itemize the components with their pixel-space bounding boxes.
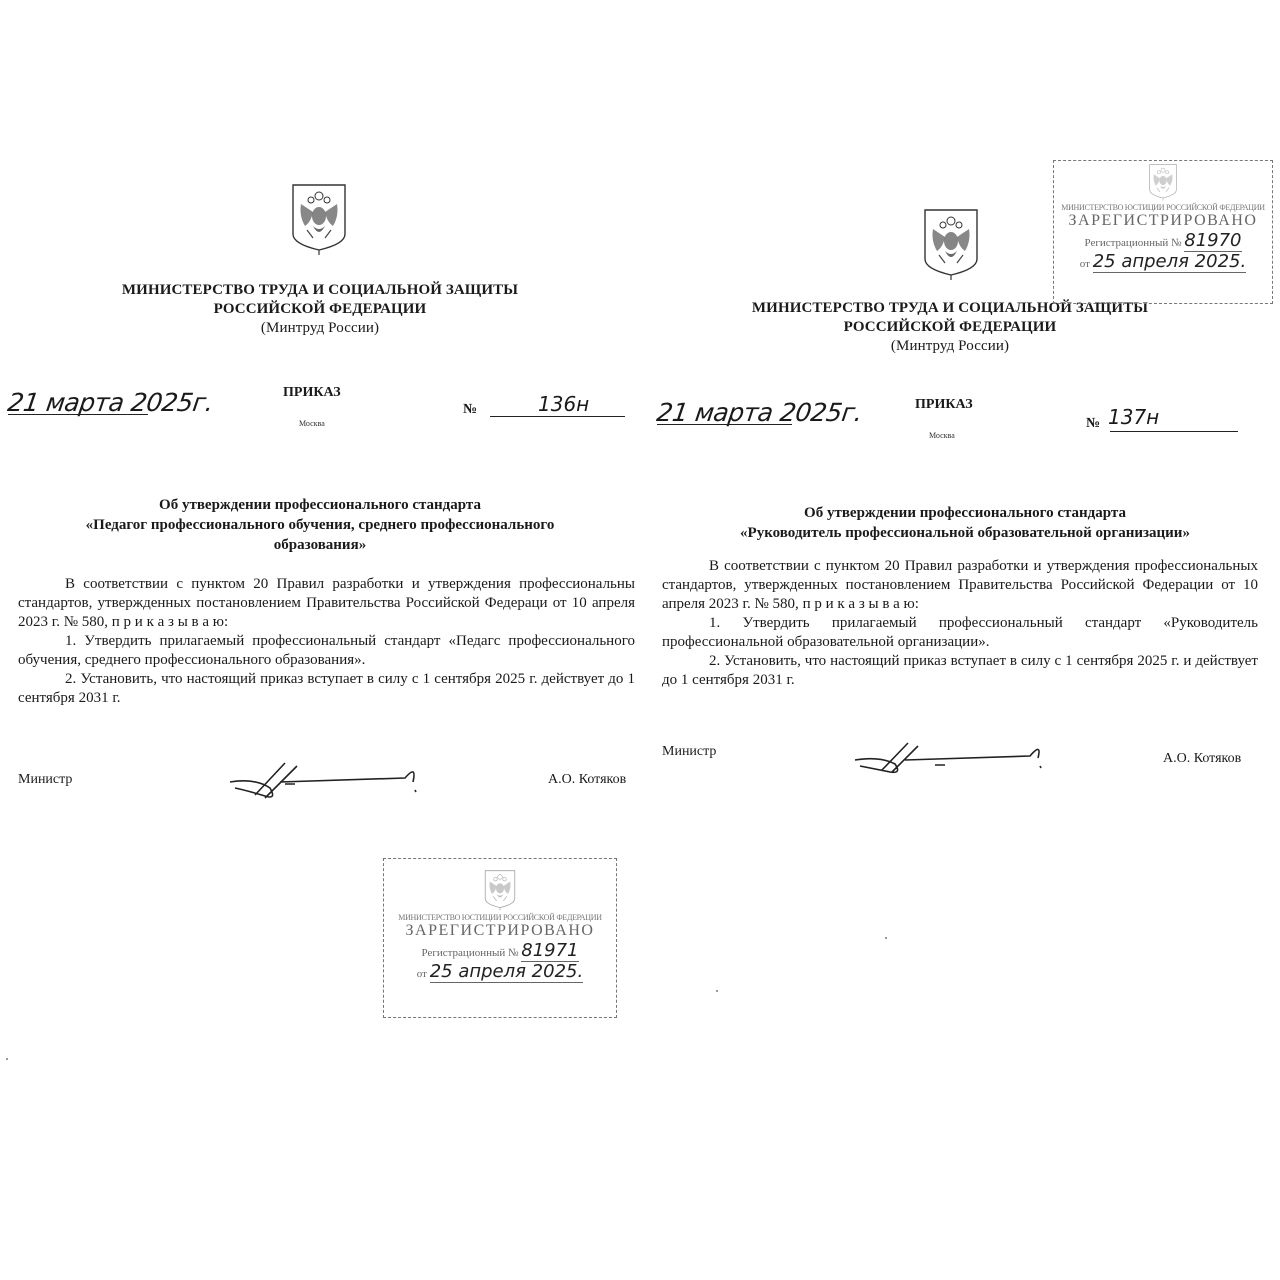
signer-title: Министр <box>18 772 72 788</box>
signature-icon <box>225 760 435 805</box>
order-body: В соответствии с пунктом 20 Правил разра… <box>662 557 1258 690</box>
order-action-word: п р и к а з ы в а ю: <box>112 614 228 630</box>
stamp-status: ЗАРЕГИСТРИРОВАНО <box>1054 212 1272 230</box>
intro-text: В соответствии с пунктом 20 Правил разра… <box>662 558 1258 612</box>
stamp-date-value: 25 апреля 2025. <box>430 961 584 983</box>
order-title: Об утверждении профессионального стандар… <box>670 503 1260 543</box>
order-title-line1: Об утверждении профессионального стандар… <box>30 495 610 515</box>
stamp-emblem-icon <box>1146 163 1180 201</box>
order-body: В соответствии с пунктом 20 Правил разра… <box>18 575 635 708</box>
russian-coat-of-arms-icon <box>921 207 981 281</box>
document-type: ПРИКАЗ <box>915 397 973 413</box>
order-title: Об утверждении профессионального стандар… <box>30 495 610 555</box>
document-city: Москва <box>299 419 325 428</box>
ministry-header: МИНИСТЕРСТВО ТРУДА И СОЦИАЛЬНОЙ ЗАЩИТЫ Р… <box>60 281 580 338</box>
stamp-date-row: от 25 апреля 2025. <box>1054 251 1272 272</box>
handwritten-order-number: 136н <box>538 392 589 416</box>
stamp-organization: МИНИСТЕРСТВО ЮСТИЦИИ РОССИЙСКОЙ ФЕДЕРАЦИ… <box>1054 203 1272 212</box>
order-item-2: 2. Установить, что настоящий приказ всту… <box>18 670 635 708</box>
stamp-status: ЗАРЕГИСТРИРОВАНО <box>384 922 616 940</box>
stamp-reg-row: Регистрационный № 81971 <box>384 940 616 961</box>
signer-name: А.О. Котяков <box>548 772 626 788</box>
signer-title: Министр <box>662 744 716 760</box>
number-label: № <box>1086 416 1100 432</box>
handwritten-date: 21 марта 2025г. <box>6 388 215 417</box>
ministry-header: МИНИСТЕРСТВО ТРУДА И СОЦИАЛЬНОЙ ЗАЩИТЫ Р… <box>700 299 1200 356</box>
date-underline <box>657 424 792 425</box>
scan-speck <box>716 990 718 992</box>
order-title-line2: «Педагог профессионального обучения, сре… <box>30 515 610 535</box>
date-underline <box>8 414 148 415</box>
intro-paragraph: В соответствии с пунктом 20 Правил разра… <box>662 557 1258 614</box>
ministry-name-line2: РОССИЙСКОЙ ФЕДЕРАЦИИ <box>60 300 580 319</box>
stamp-reg-row: Регистрационный № 81970 <box>1054 230 1272 251</box>
ministry-name-line2: РОССИЙСКОЙ ФЕДЕРАЦИИ <box>700 318 1200 337</box>
ministry-short-name: (Минтруд России) <box>60 319 580 338</box>
signer-name: А.О. Котяков <box>1163 751 1241 767</box>
stamp-date-label: от <box>1080 258 1090 270</box>
scan-speck <box>885 937 887 939</box>
number-underline <box>1110 431 1238 432</box>
intro-text: В соответствии с пунктом 20 Правил разра… <box>18 576 635 630</box>
order-item-1: 1. Утвердить прилагаемый профессиональны… <box>662 614 1258 652</box>
russian-coat-of-arms-icon <box>289 182 349 256</box>
signature-icon <box>850 740 1060 780</box>
stamp-reg-number: 81970 <box>1184 230 1241 252</box>
ministry-name-line1: МИНИСТЕРСТВО ТРУДА И СОЦИАЛЬНОЙ ЗАЩИТЫ <box>60 281 580 300</box>
order-item-2: 2. Установить, что настоящий приказ всту… <box>662 652 1258 690</box>
order-item-1: 1. Утвердить прилагаемый профессиональны… <box>18 632 635 670</box>
order-action-word: п р и к а з ы в а ю: <box>803 596 919 612</box>
order-title-line3: образования» <box>30 535 610 555</box>
stamp-date-value: 25 апреля 2025. <box>1093 251 1247 273</box>
stamp-emblem-icon <box>481 869 519 911</box>
registration-stamp: МИНИСТЕРСТВО ЮСТИЦИИ РОССИЙСКОЙ ФЕДЕРАЦИ… <box>1053 160 1273 304</box>
registration-stamp: МИНИСТЕРСТВО ЮСТИЦИИ РОССИЙСКОЙ ФЕДЕРАЦИ… <box>383 858 617 1018</box>
stamp-date-row: от 25 апреля 2025. <box>384 961 616 982</box>
number-underline <box>490 416 625 417</box>
stamp-reg-label: Регистрационный № <box>421 947 518 959</box>
handwritten-order-number: 137н <box>1108 405 1159 429</box>
order-title-line1: Об утверждении профессионального стандар… <box>670 503 1260 523</box>
intro-paragraph: В соответствии с пунктом 20 Правил разра… <box>18 575 635 632</box>
stamp-reg-number: 81971 <box>521 940 578 962</box>
document-type: ПРИКАЗ <box>283 385 341 401</box>
stamp-organization: МИНИСТЕРСТВО ЮСТИЦИИ РОССИЙСКОЙ ФЕДЕРАЦИ… <box>384 913 616 922</box>
ministry-short-name: (Минтруд России) <box>700 337 1200 356</box>
handwritten-date: 21 марта 2025г. <box>655 398 864 427</box>
stamp-reg-label: Регистрационный № <box>1084 237 1181 249</box>
number-label: № <box>463 402 477 418</box>
order-title-line2: «Руководитель профессиональной образоват… <box>670 523 1260 543</box>
stamp-date-label: от <box>417 968 427 980</box>
scan-speck <box>6 1058 8 1060</box>
document-city: Москва <box>929 431 955 440</box>
